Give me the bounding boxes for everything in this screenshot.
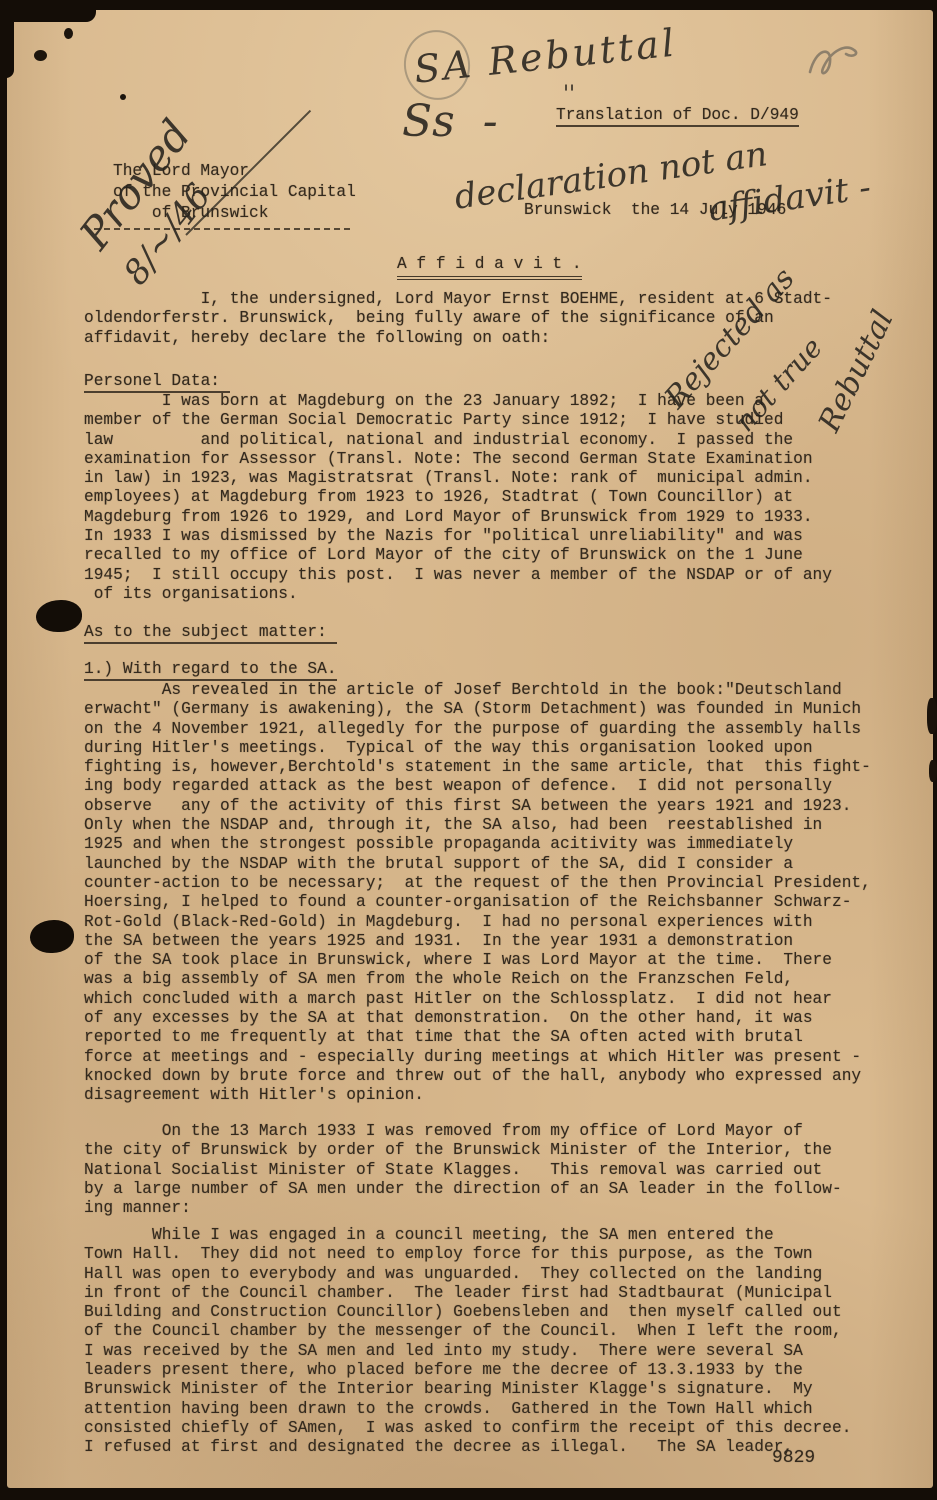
personal-data-heading-text: Personel Data: [84, 372, 230, 393]
text-line: attention having been drawn to the crowd… [84, 1400, 851, 1419]
page-edge-mark [929, 760, 937, 782]
scan-edge-top-left [0, 0, 96, 22]
text-line: Magdeburg from 1926 to 1929, and Lord Ma… [84, 508, 832, 527]
text-line: law and political, national and industri… [84, 431, 832, 450]
text-line: leaders present there, who placed before… [84, 1361, 851, 1380]
council-paragraph: While I was engaged in a council meeting… [84, 1226, 851, 1458]
section1-heading: 1.) With regard to the SA. [84, 660, 337, 679]
doc-reference-text: Translation of Doc. D/949 [556, 106, 799, 127]
text-line: fighting is, however,Berchtold's stateme… [84, 758, 871, 777]
text-line: of any excesses by the SA at that demons… [84, 1009, 871, 1028]
section1-heading-text: 1.) With regard to the SA. [84, 660, 337, 681]
text-line: in front of the Council chamber. The lea… [84, 1284, 851, 1303]
text-line: On the 13 March 1933 I was removed from … [84, 1122, 842, 1141]
text-line: Town Hall. They did not need to employ f… [84, 1245, 851, 1264]
text-line: I was born at Magdeburg on the 23 Januar… [84, 392, 832, 411]
text-line: Brunswick Minister of the Interior beari… [84, 1380, 851, 1399]
text-line: of the SA took place in Brunswick, where… [84, 951, 871, 970]
text-line: which concluded with a march past Hitler… [84, 990, 871, 1009]
affidavit-title: A f f i d a v i t . [397, 255, 582, 274]
scan-edge-left [0, 0, 14, 78]
personal-data-heading: Personel Data: [84, 372, 230, 391]
text-line: National Socialist Minister of State Kla… [84, 1161, 842, 1180]
text-line: on the 4 November 1921, allegedly for th… [84, 720, 871, 739]
text-line: the city of Brunswick by order of the Br… [84, 1141, 842, 1160]
subject-heading-text: As to the subject matter: [84, 623, 337, 644]
text-line: Hall was open to everybody and was ungua… [84, 1265, 851, 1284]
ink-blot [36, 600, 82, 632]
ink-speck [34, 50, 47, 61]
text-line: ing body regarded attack as the best wea… [84, 777, 871, 796]
text-line: counter-action to be necessary; at the r… [84, 874, 871, 893]
text-line: was a big assembly of SA men from the wh… [84, 970, 871, 989]
text-line: reported to me frequently at that time t… [84, 1028, 871, 1047]
affidavit-title-text: A f f i d a v i t . [397, 255, 582, 280]
text-line: Building and Construction Councillor) Go… [84, 1303, 851, 1322]
removal-paragraph: On the 13 March 1933 I was removed from … [84, 1122, 842, 1218]
text-line: 1925 and when the strongest possible pro… [84, 835, 871, 854]
text-line: by a large number of SA men under the di… [84, 1180, 842, 1199]
text-line: of the Council chamber by the messenger … [84, 1322, 851, 1341]
text-line: disagreement with Hitler's opinion. [84, 1086, 871, 1105]
text-line: 1945; I still occupy this post. I was ne… [84, 566, 832, 585]
ink-speck [120, 94, 126, 100]
text-line: In 1933 I was dismissed by the Nazis for… [84, 527, 832, 546]
handwriting-ss-mark: Ss - [402, 96, 498, 147]
letterhead-underline [94, 228, 350, 230]
text-line: erwacht" (Germany is awakening), the SA … [84, 700, 871, 719]
ink-speck [64, 28, 73, 39]
text-line: As revealed in the article of Josef Berc… [84, 681, 871, 700]
text-line: Hoersing, I helped to found a counter-or… [84, 893, 871, 912]
text-line: during Hitler's meetings. Typical of the… [84, 739, 871, 758]
page-edge-mark [927, 698, 937, 734]
handwriting-tick-marks: '' [563, 82, 575, 107]
text-line: force at meetings and - especially durin… [84, 1048, 871, 1067]
text-line: member of the German Social Democratic P… [84, 411, 832, 430]
text-line: consisted chiefly of SAmen, I was asked … [84, 1419, 851, 1438]
scanned-document-page: Translation of Doc. D/949 The Lord Mayor… [0, 0, 937, 1500]
text-line: of Brunswick [113, 203, 356, 224]
text-line: Only when the NSDAP and, through it, the… [84, 816, 871, 835]
subject-heading: As to the subject matter: [84, 623, 337, 642]
text-line: I refused at first and designated the de… [84, 1438, 851, 1457]
pencil-squiggle-icon [800, 38, 872, 96]
ink-blot [30, 920, 74, 953]
text-line: launched by the NSDAP with the brutal su… [84, 855, 871, 874]
text-line: in law) in 1923, was Magistratsrat (Tran… [84, 469, 832, 488]
page-number: 9829 [772, 1449, 815, 1468]
text-line: employees) at Magdeburg from 1923 to 192… [84, 488, 832, 507]
text-line: Rot-Gold (Black-Red-Gold) in Magdeburg. … [84, 913, 871, 932]
text-line: the SA between the years 1925 and 1931. … [84, 932, 871, 951]
text-line: I, the undersigned, Lord Mayor Ernst BOE… [84, 290, 832, 309]
section1-paragraph: As revealed in the article of Josef Berc… [84, 681, 871, 1106]
text-line: observe any of the activity of this firs… [84, 797, 871, 816]
text-line: of its organisations. [84, 585, 832, 604]
text-line: ing manner: [84, 1199, 842, 1218]
text-line: recalled to my office of Lord Mayor of t… [84, 546, 832, 565]
text-line: examination for Assessor (Transl. Note: … [84, 450, 832, 469]
text-line: While I was engaged in a council meeting… [84, 1226, 851, 1245]
personal-data-paragraph: I was born at Magdeburg on the 23 Januar… [84, 392, 832, 604]
doc-reference: Translation of Doc. D/949 [556, 106, 799, 125]
text-line: knocked down by brute force and threw ou… [84, 1067, 871, 1086]
text-line: I was received by the SA men and led int… [84, 1342, 851, 1361]
